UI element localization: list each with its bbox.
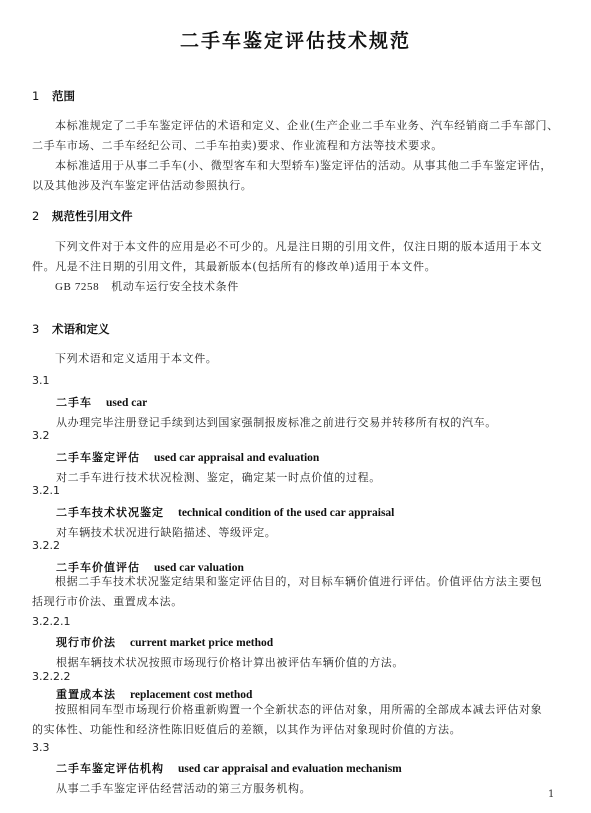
term-current-market-price: 现行市价法current market price method — [56, 634, 273, 650]
paragraph-line: 括现行市价法、重置成本法。 — [32, 592, 562, 612]
paragraph-line: 的实体性、功能性和经济性陈旧贬值后的差额，以其作为评估对象现时价值的方法。 — [32, 720, 562, 740]
section-title: 范围 — [52, 89, 75, 103]
clause-number: 3.2 — [32, 429, 50, 442]
scope-paragraph-1: 本标准规定了二手车鉴定评估的术语和定义、企业(生产企业二手车业务、汽车经销商二手… — [32, 116, 562, 156]
section-number: 3 — [32, 322, 52, 336]
term-appraisal-mechanism: 二手车鉴定评估机构used car appraisal and evaluati… — [56, 760, 402, 776]
section-number: 2 — [32, 209, 52, 223]
section-heading-normative-references: 2规范性引用文件 — [32, 208, 133, 224]
term-definition: 从事二手车鉴定评估经营活动的第三方服务机构。 — [56, 780, 311, 796]
reference-code: GB 7258 — [55, 281, 99, 293]
section-heading-scope: 1范围 — [32, 88, 75, 104]
term-definition: 从办理完毕注册登记手续到达到国家强制报废标准之前进行交易并转移所有权的汽车。 — [56, 414, 497, 430]
document-page: 二手车鉴定评估技术规范 1范围 本标准规定了二手车鉴定评估的术语和定义、企业(生… — [0, 0, 591, 813]
term-definition: 对二手车进行技术状况检测、鉴定，确定某一时点价值的过程。 — [56, 469, 381, 485]
paragraph-line: 件。凡是不注日期的引用文件，其最新版本(包括所有的修改单)适用于本文件。 — [32, 257, 562, 277]
clause-number: 3.3 — [32, 741, 50, 754]
paragraph-line: 本标准规定了二手车鉴定评估的术语和定义、企业(生产企业二手车业务、汽车经销商二手… — [32, 116, 562, 136]
section-heading-terms-definitions: 3术语和定义 — [32, 321, 110, 337]
reference-item: GB 7258机动车运行安全技术条件 — [32, 277, 562, 297]
clause-number: 3.2.2 — [32, 539, 60, 552]
term-used-car: 二手车used car — [56, 394, 147, 410]
term-appraisal-evaluation: 二手车鉴定评估used car appraisal and evaluation — [56, 449, 319, 465]
section-title: 规范性引用文件 — [52, 209, 133, 223]
reference-title: 机动车运行安全技术条件 — [111, 280, 239, 293]
term-definition: 对车辆技术状况进行缺陷描述、等级评定。 — [56, 524, 276, 540]
terms-intro: 下列术语和定义适用于本文件。 — [32, 349, 562, 369]
section-number: 1 — [32, 89, 52, 103]
paragraph-line: 二手车市场、二手车经纪公司、二手车拍卖)要求、作业流程和方法等技术要求。 — [32, 136, 562, 156]
references-paragraph: 下列文件对于本文件的应用是必不可少的。凡是注日期的引用文件，仅注日期的版本适用于… — [32, 237, 562, 297]
document-title: 二手车鉴定评估技术规范 — [0, 26, 591, 53]
paragraph-line: 按照相同车型市场现行价格重新购置一个全新状态的评估对象，用所需的全部成本减去评估… — [32, 700, 562, 720]
term-definition: 按照相同车型市场现行价格重新购置一个全新状态的评估对象，用所需的全部成本减去评估… — [32, 700, 562, 740]
section-title: 术语和定义 — [52, 322, 110, 336]
paragraph-line: 下列文件对于本文件的应用是必不可少的。凡是注日期的引用文件，仅注日期的版本适用于… — [32, 237, 562, 257]
clause-number: 3.2.1 — [32, 484, 60, 497]
clause-number: 3.2.2.2 — [32, 670, 70, 683]
paragraph-line: 本标准适用于从事二手车(小、微型客车和大型轿车)鉴定评估的活动。从事其他二手车鉴… — [32, 156, 562, 176]
paragraph-line: 以及其他涉及汽车鉴定评估活动参照执行。 — [32, 176, 562, 196]
term-definition: 根据车辆技术状况按照市场现行价格计算出被评估车辆价值的方法。 — [56, 654, 404, 670]
paragraph-line: 根据二手车技术状况鉴定结果和鉴定评估目的，对目标车辆价值进行评估。价值评估方法主… — [32, 572, 562, 592]
page-number: 1 — [548, 789, 554, 800]
term-technical-condition: 二手车技术状况鉴定technical condition of the used… — [56, 504, 394, 520]
scope-paragraph-2: 本标准适用于从事二手车(小、微型客车和大型轿车)鉴定评估的活动。从事其他二手车鉴… — [32, 156, 562, 196]
clause-number: 3.2.2.1 — [32, 615, 70, 628]
term-definition: 根据二手车技术状况鉴定结果和鉴定评估目的，对目标车辆价值进行评估。价值评估方法主… — [32, 572, 562, 612]
clause-number: 3.1 — [32, 374, 50, 387]
